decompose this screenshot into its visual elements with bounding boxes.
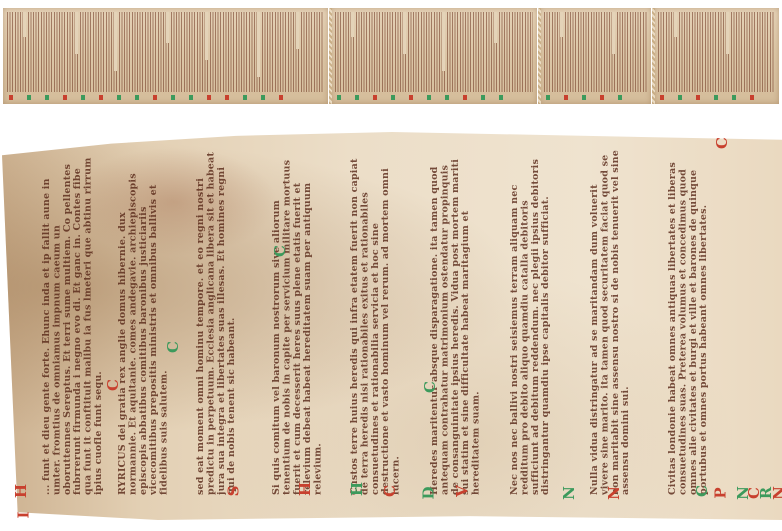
decorated-initial: D — [420, 486, 438, 499]
initial-mark — [153, 95, 157, 100]
column-gap — [257, 12, 260, 77]
decorated-initial: H — [296, 482, 314, 496]
roll-membrane-thumbnail — [654, 8, 779, 104]
initial-mark — [261, 95, 265, 100]
initial-mark — [409, 95, 413, 100]
decorated-initial: C — [104, 379, 122, 391]
roll-membrane-thumbnail — [3, 8, 328, 104]
initial-mark — [225, 95, 229, 100]
text-column: sed eat moment omni hominu tempore. et e… — [196, 150, 268, 495]
text-column: Heredes maritentur absque disparagatione… — [430, 150, 502, 495]
column-text: Heredes maritentur absque disparagatione… — [430, 155, 482, 495]
text-column: ... funt et dieu gente forte. Ehunc inda… — [42, 150, 114, 495]
initial-mark — [564, 95, 568, 100]
roll-thumbnail-strip — [3, 8, 779, 104]
initials-row — [337, 95, 531, 101]
column-text: Custos terre huius heredis qui infra eta… — [350, 155, 402, 495]
initial-mark — [481, 95, 485, 100]
column-gap — [494, 12, 497, 43]
column-gap — [403, 12, 406, 54]
initial-mark — [660, 95, 664, 100]
initial-mark — [9, 95, 13, 100]
initial-mark — [355, 95, 359, 100]
decorated-initial: C — [421, 381, 439, 393]
initial-mark — [243, 95, 247, 100]
column-gap — [726, 12, 729, 54]
initial-mark — [189, 95, 193, 100]
initial-mark — [45, 95, 49, 100]
initial-mark — [207, 95, 211, 100]
membrane-seam — [652, 8, 655, 104]
initial-mark — [499, 95, 503, 100]
column-gap — [296, 12, 299, 49]
column-text: Nulla vidua distringatur ad se maritanda… — [590, 150, 631, 495]
initial-mark — [600, 95, 604, 100]
column-text: sed eat moment omni hominu tempore. et e… — [196, 150, 237, 495]
text-column: Si quis comitum vel baronum nostrorum si… — [272, 150, 344, 495]
initial-mark — [373, 95, 377, 100]
decorated-initial: C — [164, 341, 182, 353]
initial-mark — [750, 95, 754, 100]
initial-mark — [391, 95, 395, 100]
column-gap — [442, 12, 445, 71]
text-column: Custos terre huius heredis qui infra eta… — [350, 150, 422, 495]
initial-mark — [445, 95, 449, 100]
roll-membrane-thumbnail — [540, 8, 651, 104]
decorated-initial: C — [381, 485, 399, 497]
column-gap — [351, 12, 354, 37]
decorated-initial: N — [605, 486, 623, 500]
decorated-initial: V — [453, 485, 471, 497]
column-gap — [674, 12, 677, 37]
initial-mark — [81, 95, 85, 100]
text-column: Nec nos nec ballivi nostri seisiemus ter… — [510, 150, 582, 495]
initials-row — [9, 95, 322, 101]
decorated-initial: H — [348, 482, 366, 496]
text-block — [335, 12, 533, 92]
initial-mark — [582, 95, 586, 100]
initial-mark — [696, 95, 700, 100]
column-gap — [114, 12, 117, 71]
decorated-initial: C — [271, 245, 289, 257]
initial-mark — [732, 95, 736, 100]
membrane-seam — [538, 8, 541, 104]
text-column: RYRICUS dei gratia rex anglie domus hibe… — [118, 150, 190, 495]
initial-mark — [279, 95, 283, 100]
initial-mark — [463, 95, 467, 100]
membrane-seam — [329, 8, 332, 104]
initial-mark — [714, 95, 718, 100]
column-gap — [23, 12, 26, 37]
initial-mark — [117, 95, 121, 100]
initial-mark — [135, 95, 139, 100]
column-text: RYRICUS dei gratia rex anglie domus hibe… — [118, 170, 170, 495]
initial-mark — [99, 95, 103, 100]
column-text: Civitas londonie habeat omnes antiquas l… — [668, 159, 709, 495]
decorated-initial: C — [713, 137, 731, 149]
column-text: Nec nos nec ballivi nostri seisiemus ter… — [510, 155, 551, 495]
decorated-initial: N — [770, 486, 782, 500]
initial-mark — [546, 95, 550, 100]
initial-mark — [678, 95, 682, 100]
column-gap — [166, 12, 169, 43]
column-gap — [612, 12, 615, 54]
decorated-initial: C — [693, 485, 711, 497]
initial-mark — [27, 95, 31, 100]
decorated-initial: H — [12, 484, 30, 498]
initial-mark — [618, 95, 622, 100]
initial-mark — [171, 95, 175, 100]
column-gap — [205, 12, 208, 60]
column-text: Si quis comitum vel baronum nostrorum si… — [272, 156, 324, 495]
decorated-initial: N — [560, 486, 578, 500]
initial-mark — [63, 95, 67, 100]
decorated-initial: I — [15, 511, 33, 518]
column-gap — [560, 12, 563, 37]
initials-row — [660, 95, 773, 101]
decorated-initial: S — [224, 486, 242, 497]
initials-row — [546, 95, 645, 101]
text-column: Nulla vidua distringatur ad se maritanda… — [590, 150, 662, 495]
decorated-initial: P — [712, 487, 730, 498]
column-gap — [75, 12, 78, 54]
column-text: ... funt et dieu gente forte. Ehunc inda… — [42, 154, 104, 495]
initial-mark — [337, 95, 341, 100]
text-column: Civitas londonie habeat omnes antiquas l… — [668, 150, 740, 495]
initial-mark — [427, 95, 431, 100]
roll-detail-view: ... funt et dieu gente forte. Ehunc inda… — [0, 122, 782, 531]
roll-membrane-thumbnail — [331, 8, 537, 104]
